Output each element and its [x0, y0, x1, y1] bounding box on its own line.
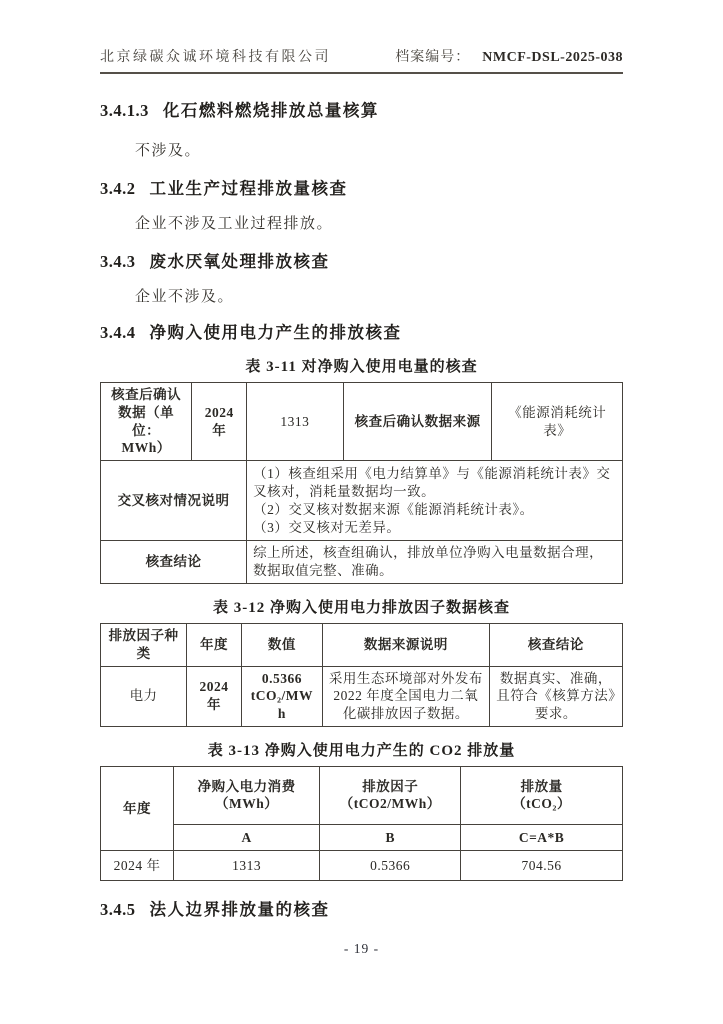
section-body-3-4-1-3: 不涉及。 [100, 139, 623, 160]
conclusion-text-cell: 综上所述，核查组确认，排放单位净购入电量数据合理，数据取值完整、准确。 [247, 541, 623, 584]
company-name: 北京绿碳众诚环境科技有限公司 [100, 46, 331, 66]
table-header-row: 排放因子种 类 年度 数值 数据来源说明 核查结论 [101, 623, 623, 666]
table-3-11: 核查后确认 数据（单位： MWh） 2024 年 1313 核查后确认数据来源 … [100, 382, 623, 584]
header-consumption: 净购入电力消费 （MWh） [174, 766, 320, 824]
crosscheck-label-cell: 交叉核对情况说明 [101, 461, 247, 541]
section-heading-3-4-4: 3.4.4净购入使用电力产生的排放核查 [100, 319, 623, 343]
factor-type-cell: 电力 [101, 666, 187, 726]
section-number: 3.4.2 [100, 179, 136, 198]
header-year: 年度 [101, 766, 174, 850]
table-3-13: 年度 净购入电力消费 （MWh） 排放因子 （tCO2/MWh） 排放量 （tC… [100, 766, 623, 881]
archive-label: 档案编号： [395, 50, 470, 65]
archive-number-block: 档案编号：NMCF-DSL-2025-038 [395, 46, 623, 66]
archive-value: NMCF-DSL-2025-038 [482, 50, 623, 65]
header-source: 数据来源说明 [322, 623, 489, 666]
table-3-12-title: 表 3-12 净购入使用电力排放因子数据核查 [100, 596, 623, 617]
header-value: 数值 [241, 623, 322, 666]
section-number: 3.4.4 [100, 323, 136, 342]
section-body-3-4-2: 企业不涉及工业过程排放。 [100, 212, 623, 233]
consumption-cell: 1313 [174, 850, 320, 880]
section-title: 法人边界排放量的核查 [150, 900, 330, 919]
document-page: 北京绿碳众诚环境科技有限公司 档案编号：NMCF-DSL-2025-038 3.… [0, 0, 723, 1024]
table-3-11-title: 表 3-11 对净购入使用电量的核查 [100, 355, 623, 376]
source-label-cell: 核查后确认数据来源 [343, 383, 492, 461]
page-number: - 19 - [0, 941, 723, 957]
table-3-12: 排放因子种 类 年度 数值 数据来源说明 核查结论 电力 2024 年 0.53… [100, 623, 623, 727]
conclusion-label-cell: 核查结论 [101, 541, 247, 584]
formula-b: B [320, 824, 461, 850]
section-heading-3-4-5: 3.4.5法人边界排放量的核查 [100, 896, 623, 920]
table-formula-row: A B C=A*B [101, 824, 623, 850]
crosscheck-text-cell: （1）核查组采用《电力结算单》与《能源消耗统计表》交叉核对，消耗量数据均一致。 … [247, 461, 623, 541]
source-cell: 采用生态环境部对外发布 2022 年度全国电力二氧化碳排放因子数据。 [322, 666, 489, 726]
conclusion-cell: 数据真实、准确，且符合《核算方法》要求。 [489, 666, 622, 726]
table-row: 核查后确认 数据（单位： MWh） 2024 年 1313 核查后确认数据来源 … [101, 383, 623, 461]
value-cell: 0.5366 tCO₂/MWh [241, 666, 322, 726]
section-heading-3-4-1-3: 3.4.1.3化石燃料燃烧排放总量核算 [100, 97, 623, 121]
section-number: 3.4.1.3 [100, 101, 149, 120]
header-factor-type: 排放因子种 类 [101, 623, 187, 666]
source-value-cell: 《能源消耗统计表》 [492, 383, 623, 461]
table-header-row: 年度 净购入电力消费 （MWh） 排放因子 （tCO2/MWh） 排放量 （tC… [101, 766, 623, 824]
section-body-3-4-3: 企业不涉及。 [100, 285, 623, 306]
page-header: 北京绿碳众诚环境科技有限公司 档案编号：NMCF-DSL-2025-038 [100, 46, 623, 74]
section-number: 3.4.3 [100, 252, 136, 271]
header-year: 年度 [187, 623, 242, 666]
formula-c: C=A*B [461, 824, 623, 850]
table-row: 2024 年 1313 0.5366 704.56 [101, 850, 623, 880]
header-factor: 排放因子 （tCO2/MWh） [320, 766, 461, 824]
table-3-13-title: 表 3-13 净购入使用电力产生的 CO2 排放量 [100, 739, 623, 760]
header-emission: 排放量 （tCO₂） [461, 766, 623, 824]
section-number: 3.4.5 [100, 900, 136, 919]
year-cell: 2024 年 [192, 383, 247, 461]
section-title: 净购入使用电力产生的排放核查 [150, 323, 402, 342]
section-title: 工业生产过程排放量核查 [150, 179, 348, 198]
confirmed-data-label-cell: 核查后确认 数据（单位： MWh） [101, 383, 192, 461]
confirmed-value-cell: 1313 [247, 383, 344, 461]
section-title: 化石燃料燃烧排放总量核算 [163, 101, 379, 120]
table-row: 核查结论 综上所述，核查组确认，排放单位净购入电量数据合理，数据取值完整、准确。 [101, 541, 623, 584]
section-heading-3-4-2: 3.4.2工业生产过程排放量核查 [100, 175, 623, 199]
section-title: 废水厌氧处理排放核查 [150, 252, 330, 271]
table-row: 电力 2024 年 0.5366 tCO₂/MWh 采用生态环境部对外发布 20… [101, 666, 623, 726]
emission-cell: 704.56 [461, 850, 623, 880]
year-cell: 2024 年 [187, 666, 242, 726]
table-row: 交叉核对情况说明 （1）核查组采用《电力结算单》与《能源消耗统计表》交叉核对，消… [101, 461, 623, 541]
factor-cell: 0.5366 [320, 850, 461, 880]
formula-a: A [174, 824, 320, 850]
header-conclusion: 核查结论 [489, 623, 622, 666]
year-cell: 2024 年 [101, 850, 174, 880]
section-heading-3-4-3: 3.4.3废水厌氧处理排放核查 [100, 248, 623, 272]
